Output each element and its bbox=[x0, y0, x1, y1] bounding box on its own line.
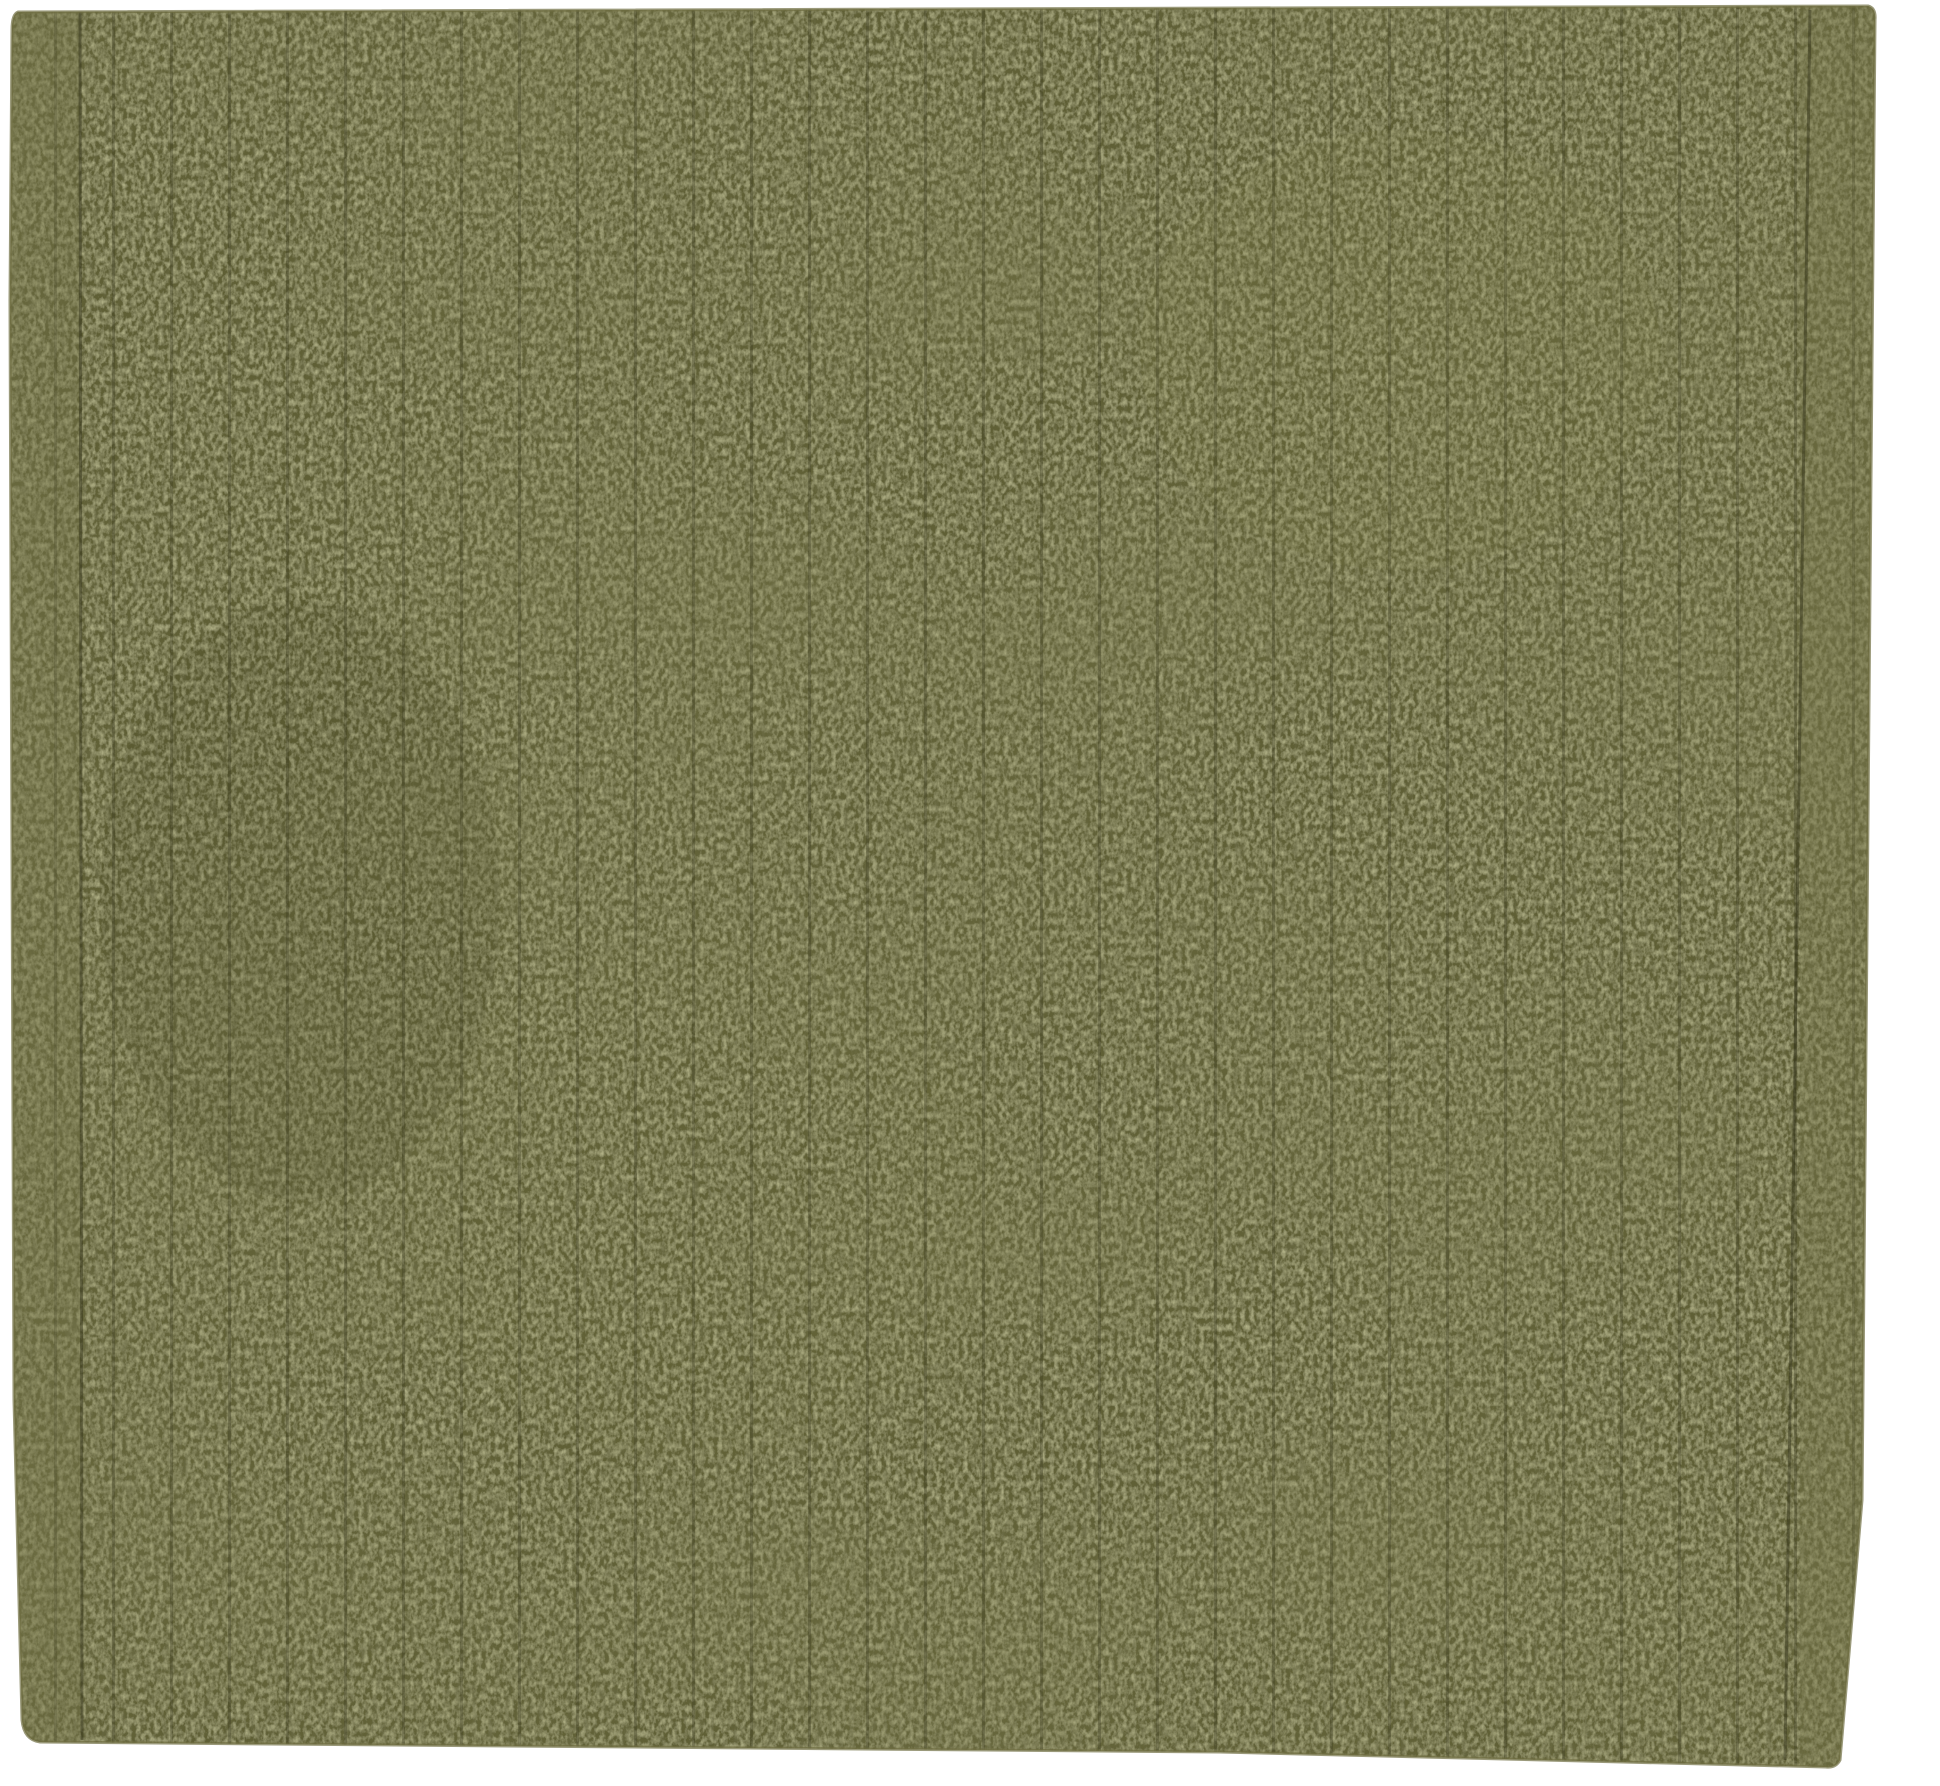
bath-mat-illustration bbox=[0, 0, 1940, 1786]
mat-body bbox=[0, 0, 1940, 1786]
bath-mat bbox=[0, 0, 1940, 1786]
product-photo bbox=[0, 0, 1940, 1786]
